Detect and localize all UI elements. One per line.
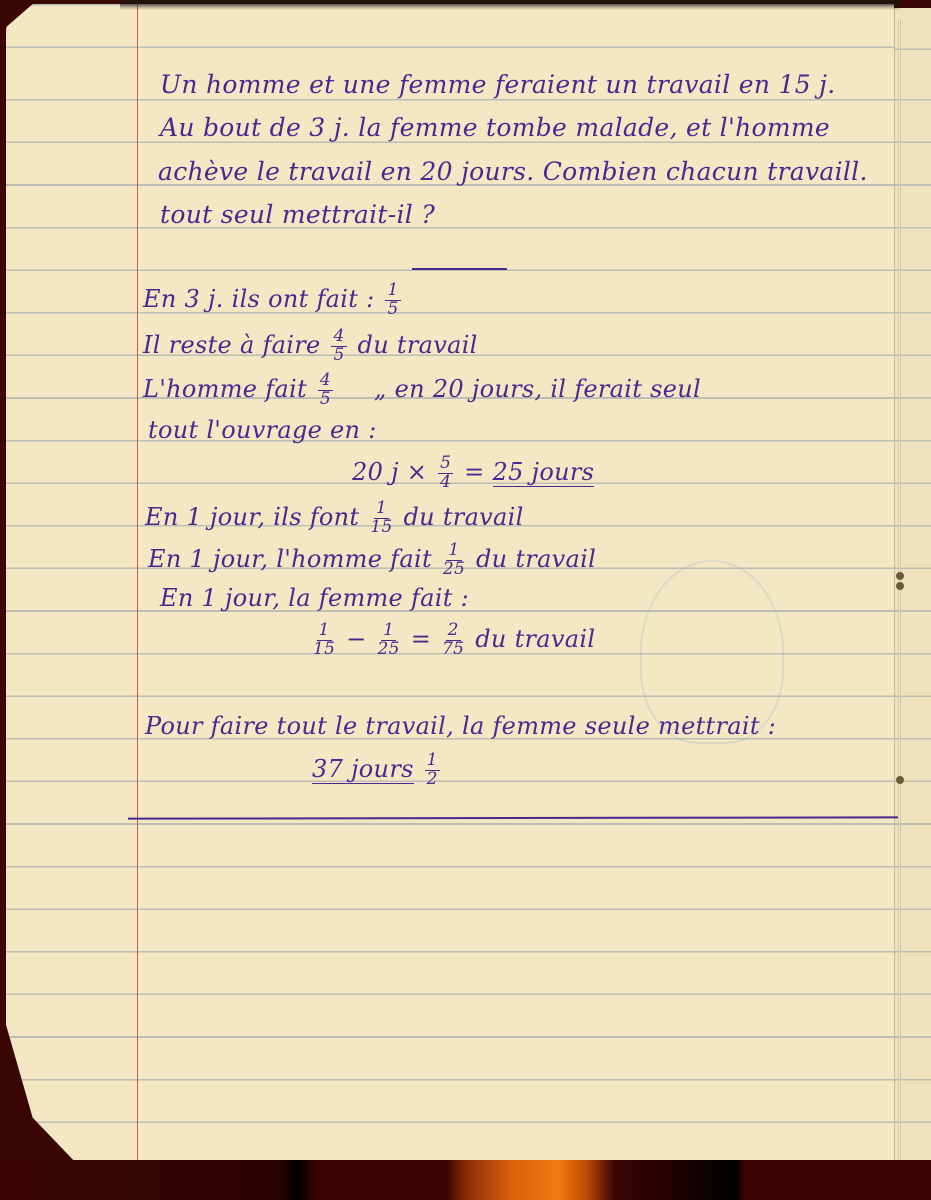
fraction: 115 — [313, 622, 335, 659]
margin-line — [137, 0, 138, 1164]
solution-line-3: L'homme fait 45 „ en 20 jours, il ferait… — [143, 372, 701, 409]
fraction: 54 — [438, 455, 453, 492]
stitch-hole — [896, 776, 904, 784]
section-divider — [412, 268, 507, 270]
solution-line-4: tout l'ouvrage en : — [148, 416, 377, 444]
scan-shadow — [120, 0, 900, 10]
result-25-jours: 25 jours — [493, 458, 595, 487]
stitch-hole — [896, 582, 904, 590]
solution-line-8: En 1 jour, la femme fait : — [160, 584, 469, 612]
solution-line-10: Pour faire tout le travail, la femme seu… — [145, 712, 776, 740]
fraction: 125 — [443, 542, 465, 579]
problem-line-4: tout seul mettrait-il ? — [160, 200, 435, 229]
page-fold-crease — [898, 20, 901, 1160]
problem-line-1: Un homme et une femme feraient un travai… — [160, 70, 835, 99]
fraction: 15 — [385, 282, 400, 319]
fraction: 125 — [378, 622, 400, 659]
solution-line-7: En 1 jour, l'homme fait 125 du travail — [148, 542, 596, 579]
fraction: 12 — [425, 752, 440, 789]
solution-line-9: 115 − 125 = 275 du travail — [310, 622, 595, 659]
fraction: 45 — [331, 328, 346, 365]
solution-line-1: En 3 j. ils ont fait : 15 — [143, 282, 404, 319]
problem-line-3: achève le travail en 20 jours. Combien c… — [158, 157, 868, 186]
fraction: 45 — [318, 372, 333, 409]
problem-line-2: Au bout de 3 j. la femme tombe malade, e… — [160, 113, 830, 142]
scan-background — [0, 1160, 931, 1200]
fraction: 275 — [442, 622, 464, 659]
solution-line-2: Il reste à faire 45 du travail — [143, 328, 478, 365]
final-answer: 37 jours — [312, 755, 414, 784]
solution-line-11: 37 jours 12 — [312, 752, 443, 789]
stitch-hole — [896, 572, 904, 580]
solution-line-6: En 1 jour, ils font 115 du travail — [145, 500, 524, 537]
fraction: 115 — [370, 500, 392, 537]
solution-line-5: 20 j × 54 = 25 jours — [352, 455, 594, 492]
